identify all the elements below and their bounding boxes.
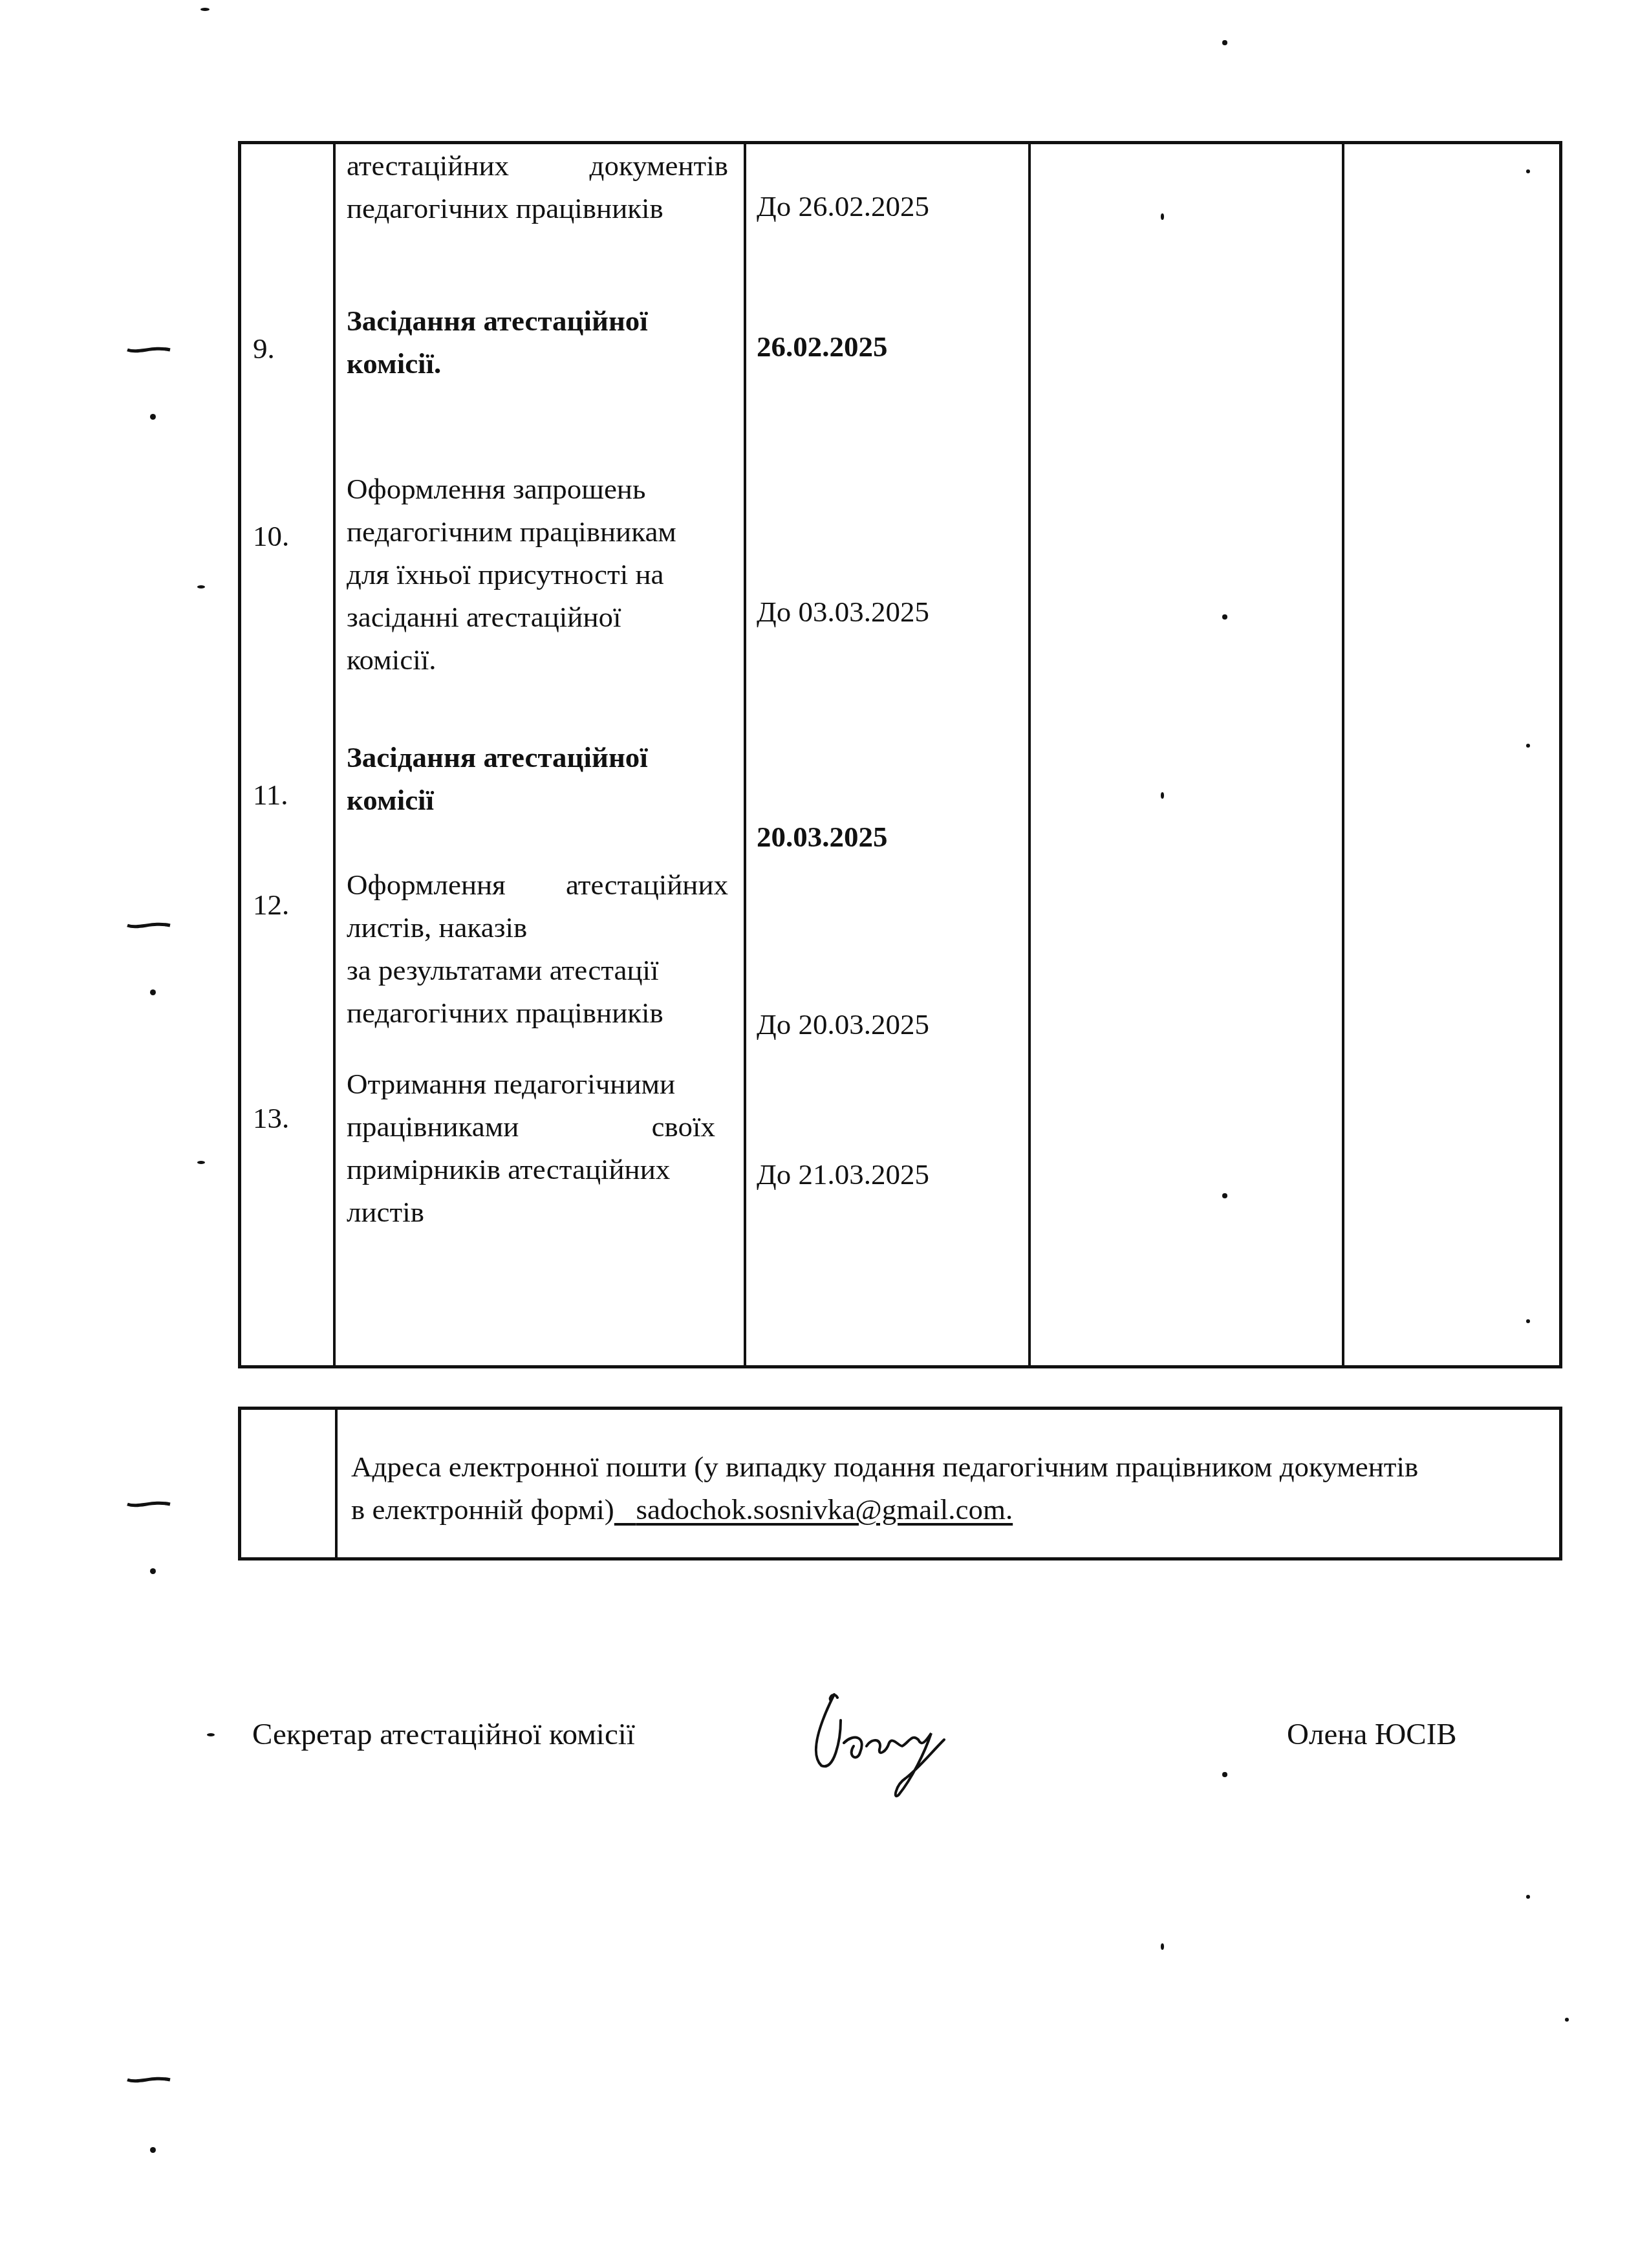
scan-speck: [150, 414, 156, 420]
scan-speck: [150, 989, 156, 995]
scan-speck: [1526, 1319, 1530, 1323]
handwritten-signature: [795, 1681, 989, 1798]
task-line: Засідання атестаційної: [347, 736, 735, 779]
task-cell: атестаційних документів: [347, 144, 728, 187]
attestation-schedule-table: атестаційних документів педагогічних пра…: [238, 141, 1562, 1368]
email-address[interactable]: sadochok.sosnivka@gmail.com.: [636, 1493, 1013, 1526]
column-divider: [335, 1410, 338, 1557]
scan-speck: [1565, 2018, 1569, 2022]
task-cell: працівниками своїх: [347, 1105, 715, 1148]
task-line: атестаційних документів: [347, 144, 728, 187]
scan-speck: [1222, 40, 1227, 45]
task-line: Отримання педагогічними: [347, 1063, 735, 1105]
email-label: Адреса електронної пошти (у випадку пода…: [351, 1445, 1541, 1488]
row-number: 12.: [253, 888, 289, 922]
task-line: для їхньої присутності на: [347, 553, 735, 596]
signatory-position: Секретар атестаційної комісії: [252, 1717, 635, 1752]
scan-speck: [197, 585, 205, 589]
task-line: комісії.: [347, 638, 735, 681]
column-divider: [333, 144, 336, 1365]
row-number: 11.: [253, 778, 288, 812]
task-cell: Отримання педагогічними: [347, 1063, 735, 1105]
scan-mark-icon: [126, 1500, 171, 1508]
task-line: педагогічним працівникам: [347, 510, 735, 553]
task-cell: педагогічних працівників: [347, 187, 735, 230]
task-cell: примірників атестаційних листів: [347, 1148, 735, 1233]
scan-speck: [150, 2147, 156, 2153]
task-line: листів, наказів: [347, 906, 735, 949]
scan-speck: [150, 1568, 156, 1574]
task-line: за результатами атестації: [347, 949, 735, 991]
scan-speck: [1222, 1772, 1227, 1777]
scan-speck: [1526, 1895, 1530, 1899]
email-underline: [614, 1493, 636, 1526]
task-cell: Оформлення запрошень педагогічним праців…: [347, 468, 735, 681]
task-line: працівниками своїх: [347, 1105, 715, 1148]
column-divider: [1342, 144, 1344, 1365]
date-cell: До 21.03.2025: [757, 1153, 929, 1196]
scan-speck: [1161, 792, 1164, 799]
task-cell: Оформлення атестаційних: [347, 863, 728, 906]
task-line: листів: [347, 1191, 735, 1233]
scan-speck: [1526, 169, 1530, 173]
date-cell: До 26.02.2025: [757, 185, 929, 228]
task-line: засіданні атестаційної: [347, 596, 735, 638]
task-line: Оформлення запрошень: [347, 468, 735, 510]
task-line: Засідання атестаційної: [347, 299, 735, 342]
task-line: примірників атестаційних: [347, 1148, 735, 1191]
scan-mark-icon: [126, 2076, 171, 2084]
task-cell: листів, наказів за результатами атестаці…: [347, 906, 735, 1034]
task-cell: Засідання атестаційної комісії: [347, 736, 735, 821]
row-number: 10.: [253, 519, 289, 553]
date-cell: 20.03.2025: [757, 815, 888, 858]
task-cell: Засідання атестаційної комісії.: [347, 299, 735, 385]
signatory-name: Олена ЮСІВ: [1287, 1717, 1457, 1752]
scan-mark-icon: [126, 922, 171, 929]
scan-speck: [1222, 614, 1227, 620]
email-section: Адреса електронної пошти (у випадку пода…: [238, 1407, 1562, 1561]
task-line: комісії.: [347, 342, 735, 385]
scan-speck: [207, 1733, 215, 1736]
column-divider: [1028, 144, 1031, 1365]
email-label-end: в електронній формі): [351, 1493, 614, 1526]
date-cell: До 20.03.2025: [757, 1003, 929, 1046]
task-line: педагогічних працівників: [347, 187, 735, 230]
scan-mark-icon: [126, 346, 171, 354]
scan-speck: [200, 8, 210, 11]
date-cell: 26.02.2025: [757, 325, 888, 368]
task-line: комісії: [347, 779, 735, 821]
task-line: Оформлення атестаційних: [347, 863, 728, 906]
column-divider: [744, 144, 746, 1365]
scan-speck: [1526, 744, 1530, 748]
email-text: Адреса електронної пошти (у випадку пода…: [351, 1445, 1541, 1531]
row-number: 9.: [253, 332, 275, 365]
scan-speck: [197, 1161, 205, 1164]
scan-speck: [1222, 1193, 1227, 1198]
task-line: педагогічних працівників: [347, 991, 735, 1034]
row-number: 13.: [253, 1101, 289, 1135]
scan-speck: [1161, 1943, 1164, 1950]
scan-speck: [1161, 213, 1164, 220]
date-cell: До 03.03.2025: [757, 590, 929, 633]
document-page: атестаційних документів педагогічних пра…: [0, 0, 1649, 2268]
